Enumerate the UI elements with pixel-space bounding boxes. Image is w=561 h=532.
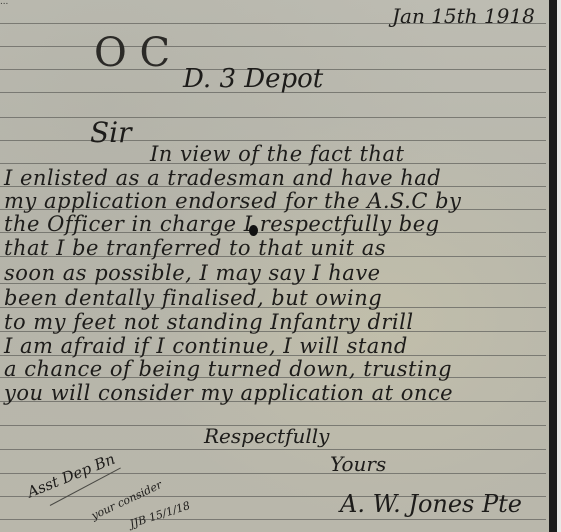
- salutation: Sir: [90, 116, 132, 149]
- closing: Respectfully: [204, 424, 329, 448]
- recipient-oc: O C: [94, 30, 170, 76]
- letter-date: Jan 15th 1918: [392, 4, 535, 28]
- body-line: I enlisted as a tradesman and have had: [4, 166, 441, 190]
- body-line: In view of the fact that: [150, 142, 404, 166]
- body-line: soon as possible, I may say I have: [4, 261, 381, 285]
- body-line: the Officer in charge I respectfully beg: [4, 212, 440, 236]
- letter-paper: ... Jan 15th 1918 O C D. 3 Depot Sir In …: [0, 0, 549, 532]
- ruled-line: [0, 46, 546, 47]
- ruled-line: [0, 519, 546, 520]
- signature: A. W. Jones Pte: [340, 490, 522, 518]
- body-line: been dentally finalised, but owing: [4, 286, 382, 310]
- ruled-line: [0, 117, 546, 118]
- annotation-line3: JJB 15/1/18: [128, 499, 192, 531]
- body-line: a chance of being turned down, trusting: [4, 357, 452, 381]
- closing-yours: Yours: [330, 452, 386, 476]
- cropped-header-text: ...: [0, 0, 8, 7]
- body-line: to my feet not standing Infantry drill: [4, 310, 414, 334]
- punch-hole: [249, 225, 258, 236]
- body-line: you will consider my application at once: [4, 381, 453, 405]
- body-line: that I be tranferred to that unit as: [4, 236, 386, 260]
- ruled-line: [0, 449, 546, 450]
- depot-name: D. 3 Depot: [183, 64, 323, 94]
- page-edge-shadow: [549, 0, 557, 532]
- ruled-line: [0, 140, 546, 141]
- body-line: I am afraid if I continue, I will stand: [4, 334, 408, 358]
- body-line: my application endorsed for the A.S.C by: [4, 189, 461, 213]
